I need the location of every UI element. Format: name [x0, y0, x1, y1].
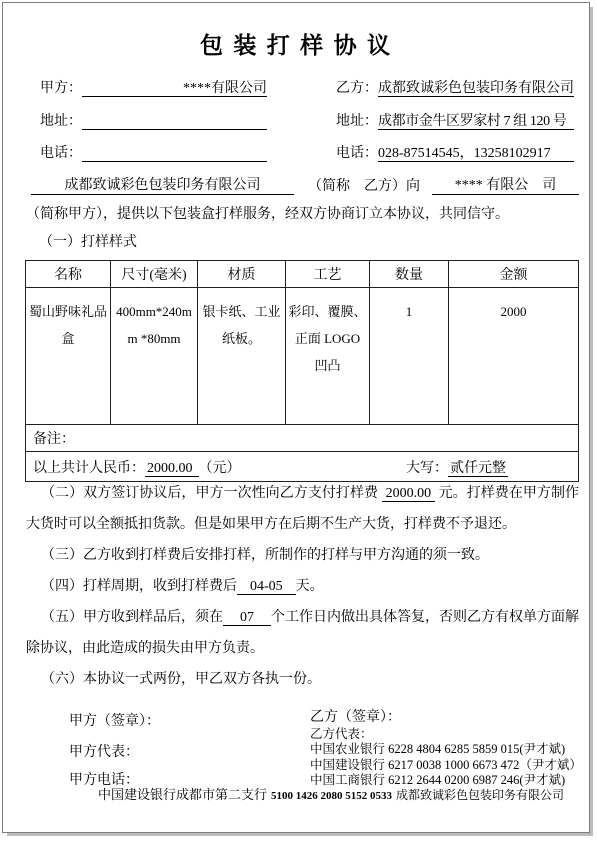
phone-b-label: 电话： [336, 142, 378, 162]
caps-label: 大写： [406, 461, 448, 476]
corporate-account-line: 中国建设银行成都市第二支行 5100 1426 2080 5152 0533 成… [81, 784, 581, 804]
col-header-name: 名称 [26, 261, 111, 288]
party-b-sign-label: 乙方（签章）： [310, 709, 582, 726]
col-header-amount: 金额 [449, 261, 579, 288]
remark-label: 备注： [33, 432, 75, 447]
clause-2: （二）双方签订协议后，甲方一次性向乙方支付打样费 2000.00 元。打样费在甲… [26, 478, 579, 540]
cell-material: 银卡纸、工业纸板。 [198, 288, 286, 425]
phone-a-row: 电话： [40, 142, 267, 164]
col-header-quantity: 数量 [370, 261, 449, 288]
clause-4: （四）打样周期，收到打样费后04-05天。 [26, 571, 579, 602]
clause-3: （三）乙方收到打样费后安排打样，所制作的打样与甲方沟通的须一致。 [26, 540, 579, 571]
intro-connector: （简称 乙方）向 [308, 175, 420, 195]
cell-amount: 2000 [449, 288, 579, 425]
address-b-label: 地址： [336, 110, 378, 130]
corporate-account-holder: 成都致诚彩色包装印务有限公司 [396, 788, 564, 802]
address-b-value: 成都市金牛区罗家村 7 组 120 号 [378, 110, 574, 130]
clauses-section: （二）双方签订协议后，甲方一次性向乙方支付打样费 2000.00 元。打样费在甲… [26, 478, 579, 695]
party-a-label: 甲方： [40, 77, 82, 97]
party-b-signature-block: 乙方（签章）： 乙方代表： 中国农业银行 6228 4804 6285 5859… [310, 709, 582, 789]
clause-4-tail: 天。 [296, 579, 324, 594]
total-cell: 以上共计人民币：2000.00（元） 大写：贰仟元整 [26, 452, 579, 482]
corporate-bank: 中国建设银行成都市第二支行 [98, 787, 267, 802]
cell-quantity: 1 [370, 288, 449, 425]
seller-company-blank: 成都致诚彩色包装印务有限公司 [31, 174, 294, 195]
phone-b-value: 028-87514545，13258102917 [378, 142, 574, 162]
party-a-sign-label: 甲方（签章）： [69, 710, 160, 730]
total-left: 以上共计人民币：2000.00（元） [33, 457, 241, 477]
party-b-label: 乙方： [336, 77, 378, 97]
address-a-row: 地址： [40, 110, 267, 132]
phone-a-value [82, 142, 267, 162]
col-header-size: 尺寸(毫米) [111, 261, 198, 288]
page-frame: 包 装 打 样 协 议 甲方：****有限公司 乙方：成都致诚彩色包装印务有限公… [2, 2, 590, 833]
document-title: 包 装 打 样 协 议 [3, 27, 589, 60]
caps-amount: 贰仟元整 [448, 461, 508, 477]
corporate-account-number: 5100 1426 2080 5152 0533 [271, 790, 392, 802]
proof-spec-table: 名称 尺寸(毫米) 材质 工艺 数量 金额 蜀山野味礼品盒 400mm*240m… [25, 260, 579, 482]
total-caps: 大写：贰仟元整 [406, 457, 508, 477]
intro-line-2: （简称甲方），提供以下包装盒打样服务，经双方协商订立本协议，共同信守。 [26, 203, 579, 223]
clause-2-value: 2000.00 [382, 486, 436, 502]
party-a-rep-label: 甲方代表： [69, 741, 139, 761]
cell-size: 400mm*240mm *80mm [111, 288, 198, 425]
cell-name: 蜀山野味礼品盒 [26, 288, 111, 425]
intro-paragraph: 成都致诚彩色包装印务有限公司 （简称 乙方）向 **** 有限公 司 （简称甲方… [26, 173, 579, 223]
remark-cell: 备注： [26, 425, 579, 452]
clause-5-text: （五）甲方收到样品后，须在 [41, 610, 223, 625]
col-header-process: 工艺 [286, 261, 370, 288]
bank-account-abc: 中国农业银行 6228 4804 6285 5859 015(尹才斌) [310, 742, 582, 758]
clause-6-text: （六）本协议一式两份，甲乙双方各执一份。 [41, 672, 321, 687]
clause-4-text: （四）打样周期，收到打样费后 [41, 579, 237, 594]
total-label: 以上共计人民币： [33, 461, 145, 476]
party-a-row: 甲方：****有限公司 [40, 77, 267, 99]
cell-process: 彩印、覆膜、正面 LOGO 凹凸 [286, 288, 370, 425]
document-page: 包 装 打 样 协 议 甲方：****有限公司 乙方：成都致诚彩色包装印务有限公… [0, 0, 597, 842]
bank-account-ccb: 中国建设银行 6217 0038 1000 6673 472（尹才斌） [310, 758, 582, 774]
clause-3-text: （三）乙方收到打样费后安排打样，所制作的打样与甲方沟通的须一致。 [41, 548, 489, 563]
party-a-value: ****有限公司 [82, 77, 267, 97]
address-b-row: 地址：成都市金牛区罗家村 7 组 120 号 [336, 110, 574, 132]
total-row: 以上共计人民币：2000.00（元） 大写：贰仟元整 [26, 452, 579, 482]
address-a-label: 地址： [40, 110, 82, 130]
clause-5-value: 07 [223, 610, 271, 626]
party-b-rep-label: 乙方代表： [310, 726, 582, 742]
clause-2-text: （二）双方签订协议后，甲方一次性向乙方支付打样费 [41, 486, 382, 501]
phone-b-row: 电话：028-87514545，13258102917 [336, 142, 574, 164]
section-one-heading: （一）打样样式 [39, 231, 137, 251]
table-header-row: 名称 尺寸(毫米) 材质 工艺 数量 金额 [26, 261, 579, 288]
intro-line-1: 成都致诚彩色包装印务有限公司 （简称 乙方）向 **** 有限公 司 [26, 173, 579, 195]
clause-5: （五）甲方收到样品后，须在07个工作日内做出具体答复，否则乙方有权单方面解除协议… [26, 602, 579, 664]
clause-4-value: 04-05 [237, 579, 296, 595]
phone-a-label: 电话： [40, 142, 82, 162]
table-row: 蜀山野味礼品盒 400mm*240mm *80mm 银卡纸、工业纸板。 彩印、覆… [26, 288, 579, 425]
remark-row: 备注： [26, 425, 579, 452]
address-a-value [82, 110, 267, 130]
col-header-material: 材质 [198, 261, 286, 288]
total-amount: 2000.00 [145, 461, 199, 477]
party-b-value: 成都致诚彩色包装印务有限公司 [378, 77, 574, 97]
buyer-company-blank: **** 有限公 司 [432, 174, 579, 195]
clause-6: （六）本协议一式两份，甲乙双方各执一份。 [26, 664, 579, 695]
total-unit: （元） [199, 461, 241, 476]
party-b-row: 乙方：成都致诚彩色包装印务有限公司 [336, 77, 574, 99]
